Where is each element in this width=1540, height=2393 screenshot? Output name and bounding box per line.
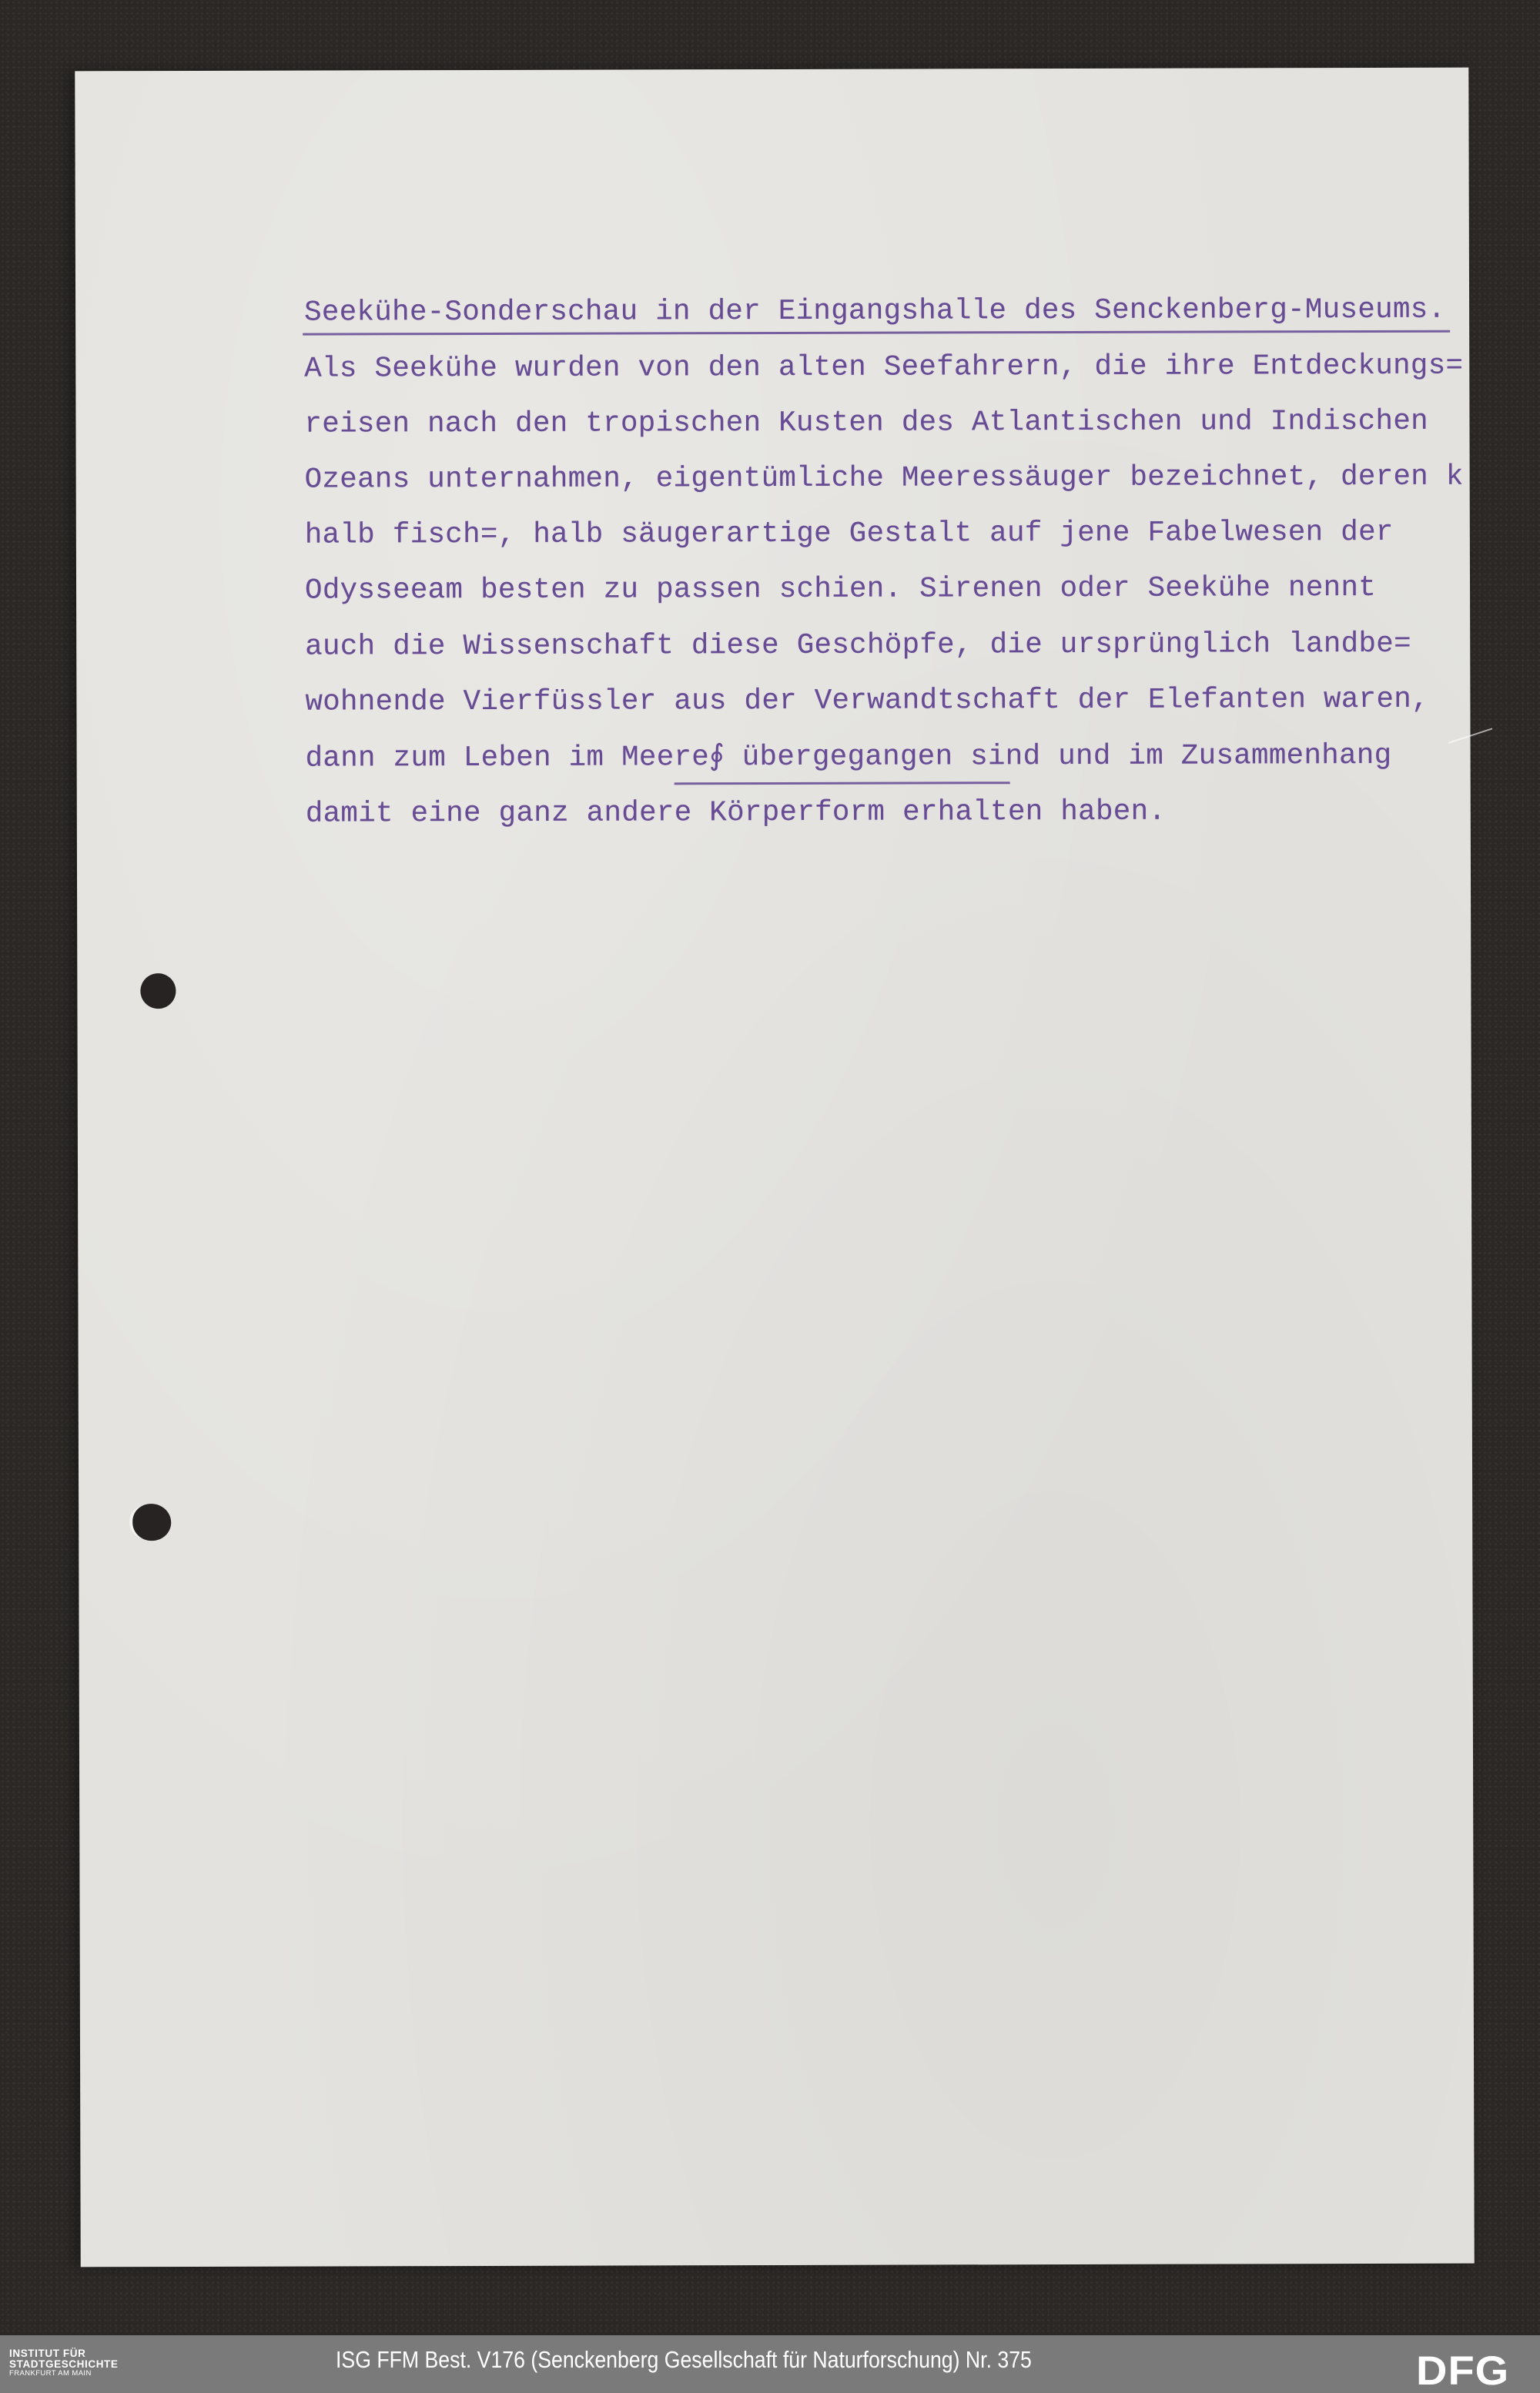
title-underline xyxy=(303,330,1450,336)
punch-hole xyxy=(140,973,176,1009)
dfg-logo: DFG xyxy=(1416,2353,1509,2388)
paper-crease xyxy=(1448,728,1493,744)
body-line: Odysseeam besten zu passen schien. Siren… xyxy=(305,574,1376,606)
document-page: Seekühe-Sonderschau in der Eingangshalle… xyxy=(75,68,1474,2267)
body-line: damit eine ganz andere Körperform erhalt… xyxy=(306,798,1166,829)
institute-logo-line2: STADTGESCHICHTE xyxy=(9,2359,119,2370)
document-title: Seekühe-Sonderschau in der Eingangshalle… xyxy=(304,296,1445,328)
body-line: wohnende Vierfüssler aus der Verwandtsch… xyxy=(305,686,1429,718)
archive-reference: ISG FFM Best. V176 (Senckenberg Gesellsc… xyxy=(336,2346,1032,2374)
body-line: halb fisch=, halb säugerartige Gestalt a… xyxy=(305,519,1394,551)
body-line: Als Seekühe wurden von den alten Seefahr… xyxy=(304,353,1463,384)
institute-logo-line1: INSTITUT FÜR xyxy=(9,2348,119,2359)
institute-logo: INSTITUT FÜR STADTGESCHICHTE FRANKFURT A… xyxy=(9,2348,119,2378)
punch-hole xyxy=(132,1504,171,1541)
body-line: reisen nach den tropischen Kusten des At… xyxy=(304,408,1428,440)
footer-bar: INSTITUT FÜR STADTGESCHICHTE FRANKFURT A… xyxy=(0,2335,1540,2393)
body-line: dann zum Leben im Meere∮ übergegangen si… xyxy=(306,742,1392,774)
institute-logo-line3: FRANKFURT AM MAIN xyxy=(9,2370,119,2378)
body-line: Ozeans unternahmen, eigentümliche Meeres… xyxy=(305,464,1464,495)
body-line: auch die Wissenschaft diese Geschöpfe, d… xyxy=(305,631,1411,662)
phrase-underline xyxy=(675,781,1010,785)
